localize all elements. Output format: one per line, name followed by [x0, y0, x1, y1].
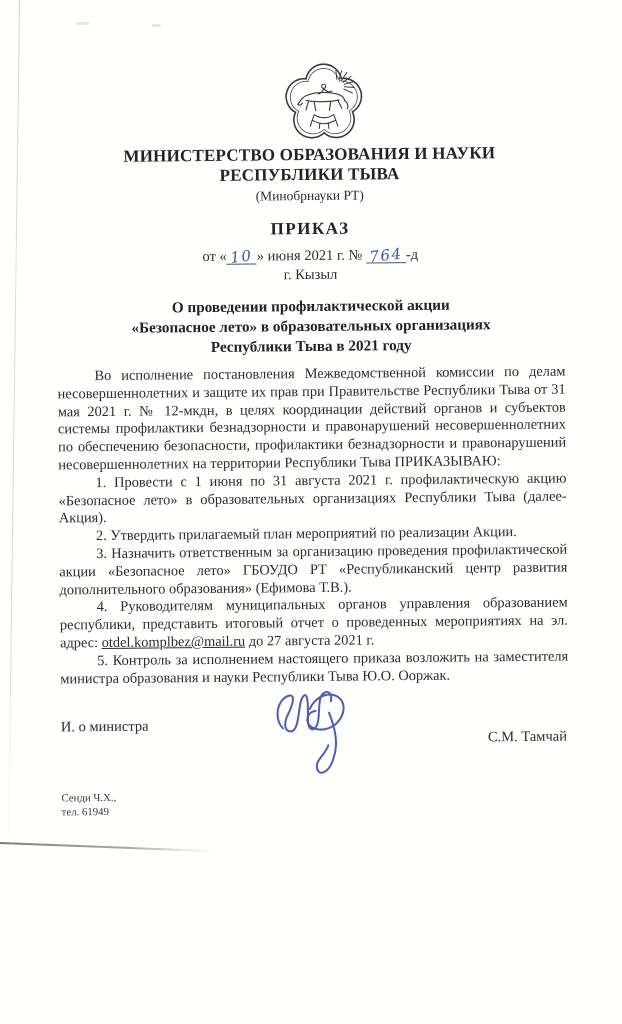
date-prefix: от « [202, 249, 226, 265]
signatory-name: С.М. Тамчай [488, 728, 569, 747]
city-line: г. Кызыл [56, 264, 564, 288]
tyva-coat-of-arms-icon [283, 62, 364, 143]
order-item-1: 1. Провести с 1 июня по 31 августа 2021 … [58, 470, 566, 528]
doc-number-suffix: -д [406, 247, 418, 263]
document-type-heading: ПРИКАЗ [56, 216, 564, 242]
handwritten-doc-number: 764 [369, 247, 403, 264]
order-item-4: 4. Руководителям муниципальных органов у… [60, 595, 568, 653]
item4-text-after-email: до 27 августа 2021 г. [245, 632, 374, 649]
ministry-name: МИНИСТЕРСТВО ОБРАЗОВАНИЯ И НАУКИ РЕСПУБЛ… [55, 143, 563, 188]
intro-paragraph: Во исполнение постановления Межведомстве… [57, 364, 566, 476]
handwritten-day-blank: 10 [227, 250, 257, 265]
date-middle: » июня 2021 г. № [257, 247, 366, 264]
handwritten-signature [268, 684, 357, 781]
scan-paper-edge-bottom [0, 842, 212, 852]
scanned-order-page: МИНИСТЕРСТВО ОБРАЗОВАНИЯ И НАУКИ РЕСПУБЛ… [0, 0, 622, 1024]
email-address: otdel.komplbez@mail.ru [102, 634, 246, 651]
handwritten-number-blank: 764 [366, 248, 406, 263]
order-title: О проведении профилактической акции «Без… [57, 295, 566, 360]
order-document: МИНИСТЕРСТВО ОБРАЗОВАНИЯ И НАУКИ РЕСПУБЛ… [54, 0, 570, 820]
executor-footer: Сенди Ч.Х., тел. 61949 [61, 788, 569, 820]
order-item-5: 5. Контроль за исполнением настоящего пр… [60, 648, 568, 688]
order-body: Во исполнение постановления Межведомстве… [57, 364, 568, 689]
order-item-3: 3. Назначить ответственным за организаци… [59, 542, 567, 600]
ministry-short-name: (Минобрнауки РТ) [56, 185, 564, 207]
scan-paper-edge-left [8, 0, 20, 852]
handwritten-day: 10 [230, 249, 253, 264]
signatory-position: И. о министра [61, 718, 149, 751]
